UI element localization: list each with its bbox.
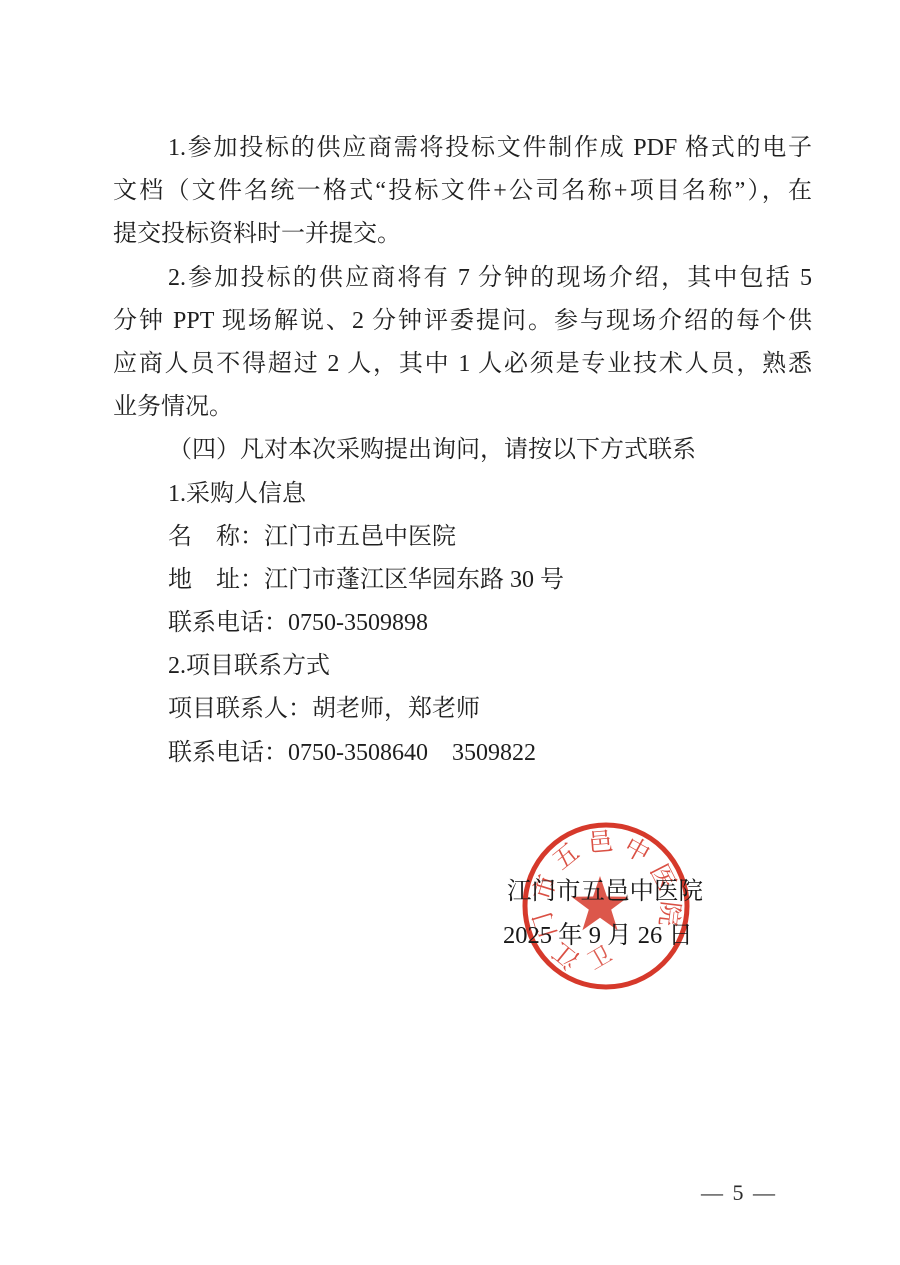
text-line: 应商人员不得超过 2 人，其中 1 人必须是专业技术人员，熟悉 [113, 343, 812, 386]
text-line: 地 址：江门市蓬江区华园东路 30 号 [113, 559, 812, 602]
page-number: — 5 — [701, 1180, 777, 1206]
text-line: （四）凡对本次采购提出询问，请按以下方式联系 [113, 429, 812, 472]
signature-date: 2025 年 9 月 26 日 [503, 916, 693, 951]
signature-org: 江门市五邑中医院 [507, 872, 703, 907]
text-line: 1.采购人信息 [113, 473, 812, 516]
text-line: 分钟 PPT 现场解说、2 分钟评委提问。参与现场介绍的每个供 [113, 300, 812, 343]
text-line: 联系电话：0750-3508640 3509822 [113, 732, 812, 775]
text-line: 2.项目联系方式 [113, 645, 812, 688]
text-line: 联系电话：0750-3509898 [113, 602, 812, 645]
text-line: 文档（文件名统一格式“投标文件+公司名称+项目名称”），在 [113, 170, 812, 213]
document-page: 1.参加投标的供应商需将投标文件制作成 PDF 格式的电子文档（文件名统一格式“… [0, 0, 900, 1265]
seal-ring-char: 邑 [587, 828, 614, 858]
text-line: 名 称：江门市五邑中医院 [113, 516, 812, 559]
text-line: 1.参加投标的供应商需将投标文件制作成 PDF 格式的电子 [113, 127, 812, 170]
text-line: 2.参加投标的供应商将有 7 分钟的现场介绍，其中包括 5 [113, 257, 812, 300]
text-line: 项目联系人：胡老师，郑老师 [113, 688, 812, 731]
text-line: 业务情况。 [113, 386, 812, 429]
document-body: 1.参加投标的供应商需将投标文件制作成 PDF 格式的电子文档（文件名统一格式“… [113, 127, 812, 775]
text-line: 提交投标资料时一并提交。 [113, 213, 812, 256]
